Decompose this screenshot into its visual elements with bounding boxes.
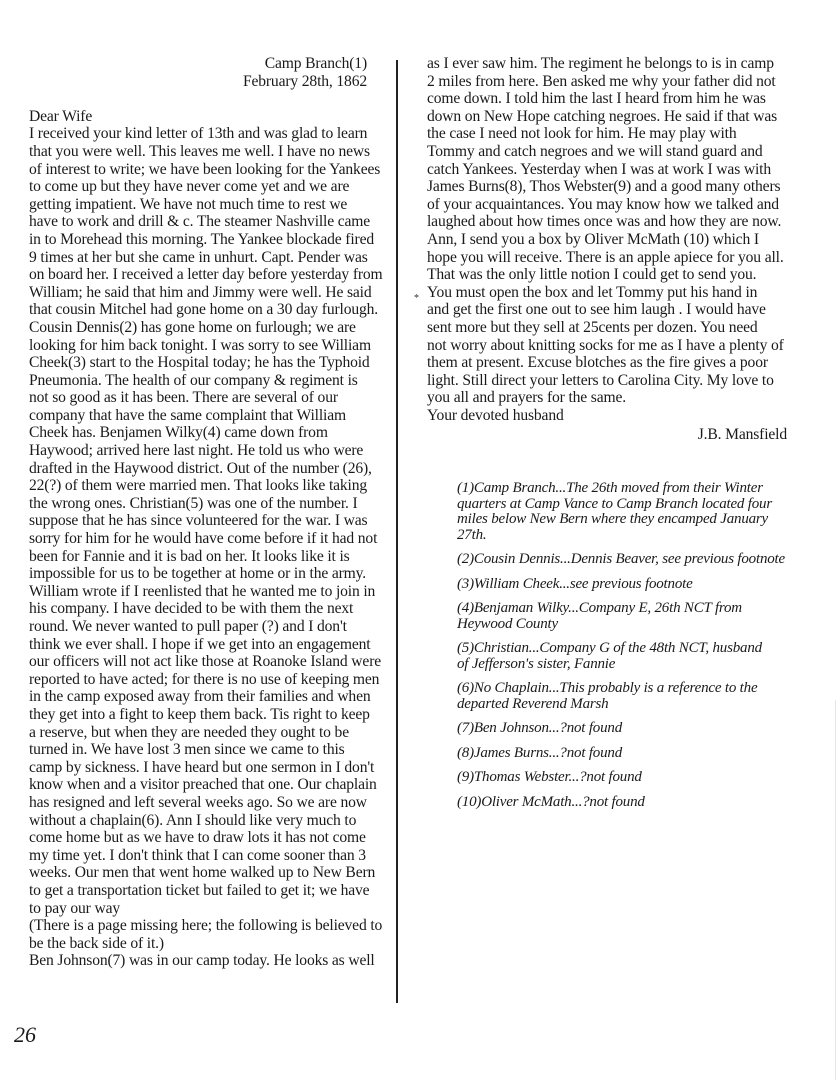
footnote-line: of Jefferson's sister, Fannie (457, 657, 797, 673)
letter-line: of your acquaintances. You may know how … (427, 196, 787, 214)
letter-line: know when and a visitor preached that on… (29, 776, 369, 794)
letter-line: weeks. Our men that went home walked up … (29, 864, 369, 882)
letter-line: getting impatient. We have not much time… (29, 196, 369, 214)
letter-body-left: I received your kind letter of 13th and … (29, 125, 369, 970)
footnote-item: (6)No Chaplain...This probably is a refe… (457, 681, 797, 712)
footnote-item: (5)Christian...Company G of the 48th NCT… (457, 641, 797, 672)
letter-line: I received your kind letter of 13th and … (29, 125, 369, 143)
footnote-line: quarters at Camp Vance to Camp Branch lo… (457, 497, 797, 513)
footnote-line: (4)Benjaman Wilky...Company E, 26th NCT … (457, 601, 797, 617)
letter-line: suppose that he has since volunteered fo… (29, 512, 369, 530)
letter-line: you all and prayers for the same. (427, 389, 787, 407)
letter-line: round. We never wanted to pull paper (?)… (29, 618, 369, 636)
letter-line: to pay our way (29, 900, 369, 918)
letter-salutation: Dear Wife (29, 108, 369, 126)
letter-line: that cousin Mitchel had gone home on a 3… (29, 301, 369, 319)
letter-line: impossible for us to be together at home… (29, 565, 369, 583)
footnote-line: 27th. (457, 528, 797, 544)
footnote-line: departed Reverend Marsh (457, 697, 797, 713)
letter-line: and get the first one out to see him lau… (427, 301, 787, 319)
letter-line: not worry about knitting socks for me as… (427, 337, 787, 355)
letter-line: James Burns(8), Thos Webster(9) and a go… (427, 178, 787, 196)
letter-line: to come up but they have never come yet … (29, 178, 369, 196)
letter-line: not so good as it has been. There are se… (29, 389, 369, 407)
margin-mark: * (414, 293, 419, 304)
letter-line: Cheek(3) start to the Hospital today; he… (29, 354, 369, 372)
letter-line: 9 times at her but she came in unhurt. C… (29, 249, 369, 267)
letter-line: company that have the same complaint tha… (29, 407, 369, 425)
scan-edge (835, 700, 836, 1080)
letter-line: You must open the box and let Tommy put … (427, 284, 787, 302)
column-divider (396, 60, 398, 1003)
letter-line: William; he said that him and Jimmy were… (29, 284, 369, 302)
letter-line: turned in. We have lost 3 men since we c… (29, 741, 369, 759)
letter-line: That was the only little notion I could … (427, 266, 787, 284)
letter-line: in to Morehead this morning. The Yankee … (29, 231, 369, 249)
letter-left-column: Camp Branch(1) February 28th, 1862 Dear … (29, 55, 369, 970)
letter-line: been for Fannie and it is bad on her. It… (29, 548, 369, 566)
footnote-line: (8)James Burns...?not found (457, 746, 797, 762)
letter-line: think we ever shall. I hope if we get in… (29, 636, 369, 654)
letter-line: they get into a fight to keep them back.… (29, 706, 369, 724)
letter-line: our officers will not act like those at … (29, 653, 369, 671)
letter-line: down on New Hope catching negroes. He sa… (427, 108, 787, 126)
footnote-item: (2)Cousin Dennis...Dennis Beaver, see pr… (457, 552, 797, 568)
letter-line: camp by sickness. I have heard but one s… (29, 759, 369, 777)
footnote-line: (3)William Cheek...see previous footnote (457, 577, 797, 593)
letter-line: my time yet. I don't think that I can co… (29, 847, 369, 865)
footnote-item: (4)Benjaman Wilky...Company E, 26th NCT … (457, 601, 797, 632)
footnote-item: (1)Camp Branch...The 26th moved from the… (457, 481, 797, 543)
footnote-line: (5)Christian...Company G of the 48th NCT… (457, 641, 797, 657)
letter-line: the wrong ones. Christian(5) was one of … (29, 495, 369, 513)
letter-line: (There is a page missing here; the follo… (29, 917, 369, 935)
letter-line: sent more but they sell at 25cents per d… (427, 319, 787, 337)
footnote-line: (6)No Chaplain...This probably is a refe… (457, 681, 797, 697)
footnote-line: (9)Thomas Webster...?not found (457, 770, 797, 786)
letter-line: be the back side of it.) (29, 935, 369, 953)
letter-line: Cousin Dennis(2) has gone home on furlou… (29, 319, 369, 337)
footnote-line: (7)Ben Johnson...?not found (457, 721, 797, 737)
letter-line: laughed about how times once was and how… (427, 213, 787, 231)
footnote-line: miles below New Bern where they encamped… (457, 512, 797, 528)
letter-line: looking for him back tonight. I was sorr… (29, 337, 369, 355)
footnote-item: (3)William Cheek...see previous footnote (457, 577, 797, 593)
letter-line: his company. I have decided to be with t… (29, 600, 369, 618)
letter-location: Camp Branch(1) (29, 55, 369, 73)
letter-line: Haywood; arrived here last night. He tol… (29, 442, 369, 460)
letter-body-right: as I ever saw him. The regiment he belon… (427, 55, 787, 407)
letter-line: Cheek has. Benjamen Wilky(4) came down f… (29, 424, 369, 442)
letter-right-column: as I ever saw him. The regiment he belon… (427, 55, 787, 444)
footnote-line: (1)Camp Branch...The 26th moved from the… (457, 481, 797, 497)
letter-line: Tommy and catch negroes and we will stan… (427, 143, 787, 161)
letter-line: come home but as we have to draw lots it… (29, 829, 369, 847)
letter-date: February 28th, 1862 (29, 73, 369, 91)
footnote-item: (9)Thomas Webster...?not found (457, 770, 797, 786)
letter-line: drafted in the Haywood district. Out of … (29, 460, 369, 478)
page-number: 26 (14, 1022, 36, 1048)
footnote-item: (8)James Burns...?not found (457, 746, 797, 762)
letter-line: sorry for him for he would have come bef… (29, 530, 369, 548)
letter-line: in the camp exposed away from their fami… (29, 688, 369, 706)
letter-line: William wrote if I reenlisted that he wa… (29, 583, 369, 601)
letter-line: have to work and drill & c. The steamer … (29, 213, 369, 231)
footnote-line: (10)Oliver McMath...?not found (457, 795, 797, 811)
footnote-line: (2)Cousin Dennis...Dennis Beaver, see pr… (457, 552, 797, 568)
letter-line: hope you will receive. There is an apple… (427, 249, 787, 267)
letter-line: without a chaplain(6). Ann I should like… (29, 812, 369, 830)
letter-line: Ann, I send you a box by Oliver McMath (… (427, 231, 787, 249)
letter-line: them at present. Excuse blotches as the … (427, 354, 787, 372)
footnote-item: (10)Oliver McMath...?not found (457, 795, 797, 811)
letter-line: light. Still direct your letters to Caro… (427, 372, 787, 390)
letter-signature: J.B. Mansfield (427, 426, 787, 444)
letter-line: Ben Johnson(7) was in our camp today. He… (29, 952, 369, 970)
letter-line: on board her. I received a letter day be… (29, 266, 369, 284)
footnote-line: Heywood County (457, 617, 797, 633)
letter-line: Pneumonia. The health of our company & r… (29, 372, 369, 390)
letter-line: catch Yankees. Yesterday when I was at w… (427, 161, 787, 179)
letter-line: 2 miles from here. Ben asked me why your… (427, 73, 787, 91)
letter-line: 22(?) of them were married men. That loo… (29, 477, 369, 495)
letter-line: that you were well. This leaves me well.… (29, 143, 369, 161)
letter-line: has resigned and left several weeks ago.… (29, 794, 369, 812)
letter-line: of interest to write; we have been looki… (29, 161, 369, 179)
letter-line: the case I need not look for him. He may… (427, 125, 787, 143)
letter-line: come down. I told him the last I heard f… (427, 90, 787, 108)
letter-line: a reserve, but when they are needed they… (29, 724, 369, 742)
letter-closing: Your devoted husband (427, 407, 787, 425)
footnotes-list: (1)Camp Branch...The 26th moved from the… (457, 481, 797, 819)
footnote-item: (7)Ben Johnson...?not found (457, 721, 797, 737)
letter-line: reported to have acted; for there is no … (29, 671, 369, 689)
letter-line: as I ever saw him. The regiment he belon… (427, 55, 787, 73)
letter-line: to get a transportation ticket but faile… (29, 882, 369, 900)
